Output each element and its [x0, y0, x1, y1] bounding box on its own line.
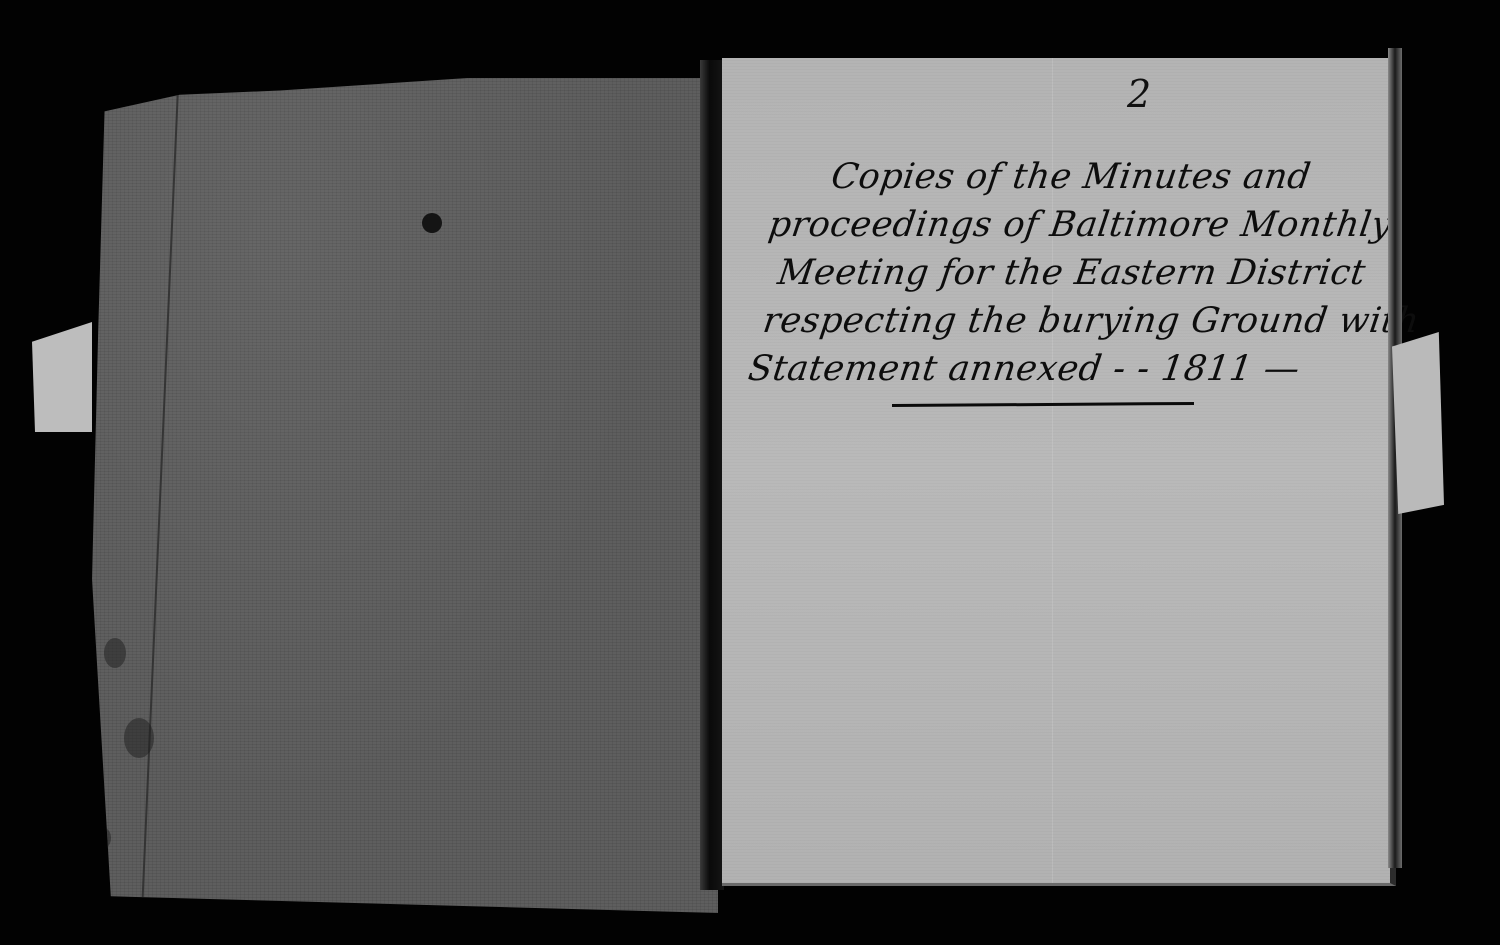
heading-line: Copies of the Minutes and: [772, 153, 1389, 201]
page-number: 2: [1127, 72, 1151, 116]
left-page-tab: [32, 322, 92, 432]
heading-line: Meeting for the Eastern District: [759, 249, 1376, 297]
ink-blot: [422, 213, 442, 233]
manuscript-scan: 2 Copies of the Minutes and proceedings …: [0, 0, 1500, 945]
book-gutter: [700, 60, 724, 890]
page-crease: [141, 88, 179, 907]
heading-line: proceedings of Baltimore Monthly: [765, 201, 1382, 249]
stain: [124, 718, 154, 758]
heading-line: respecting the burying Ground with: [752, 297, 1369, 345]
stain: [97, 828, 111, 848]
heading-underline-rule: [892, 402, 1194, 407]
right-page-recto: 2 Copies of the Minutes and proceedings …: [722, 58, 1396, 886]
document-heading: Copies of the Minutes and proceedings of…: [745, 153, 1389, 393]
stain: [104, 638, 126, 668]
right-page-tab: [1392, 332, 1444, 514]
left-page-verso: [92, 78, 718, 913]
heading-line: Statement annexed - - 1811 —: [745, 345, 1362, 393]
